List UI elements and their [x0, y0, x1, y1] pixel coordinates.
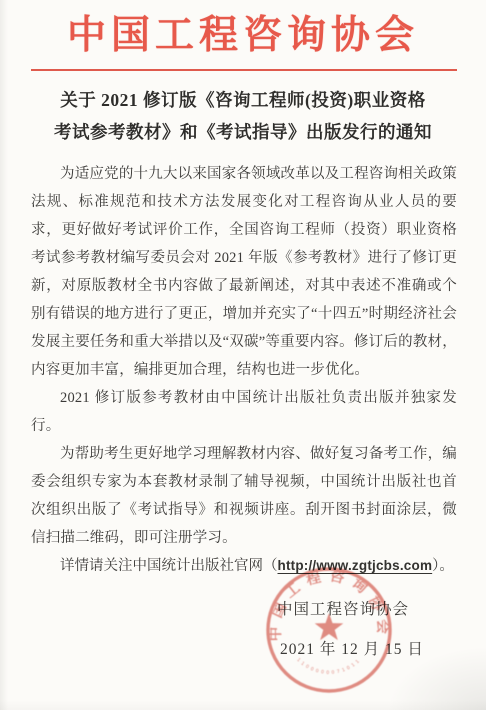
org-masthead: 中国工程咨询协会: [0, 0, 486, 60]
document-title-line-1: 关于 2021 修订版《咨询工程师(投资)职业资格: [0, 84, 486, 116]
website-line-suffix: ）。: [432, 558, 454, 574]
website-line-prefix: 详情请关注中国统计出版社官网（: [60, 558, 278, 574]
document-title: 关于 2021 修订版《咨询工程师(投资)职业资格 考试参考教材》和《考试指导》…: [0, 84, 486, 148]
red-divider-line: [31, 69, 457, 71]
body-paragraph-2: 2021 修订版参考教材由中国统计出版社负责出版并独家发行。: [31, 384, 457, 440]
scanned-notice-page: 中国工程咨询协会 关于 2021 修订版《咨询工程师(投资)职业资格 考试参考教…: [0, 0, 486, 710]
official-seal: 中国工程咨询协会 1100000071011: [263, 564, 395, 696]
document-body: 为适应党的十九大以来国家各领域改革以及工程咨询相关政策法规、标准规范和技术方法发…: [31, 160, 457, 552]
svg-text:1100000071011: 1100000071011: [295, 657, 362, 676]
seal-star-icon: [315, 613, 344, 640]
document-title-line-2: 考试参考教材》和《考试指导》出版发行的通知: [0, 116, 486, 148]
body-paragraph-3: 为帮助考生更好地学习理解教材内容、做好复习备考工作，编委会组织专家为本套教材录制…: [31, 440, 457, 552]
seal-serial-number: 1100000071011: [295, 657, 362, 676]
body-paragraph-1: 为适应党的十九大以来国家各领域改革以及工程咨询相关政策法规、标准规范和技术方法发…: [31, 160, 457, 384]
